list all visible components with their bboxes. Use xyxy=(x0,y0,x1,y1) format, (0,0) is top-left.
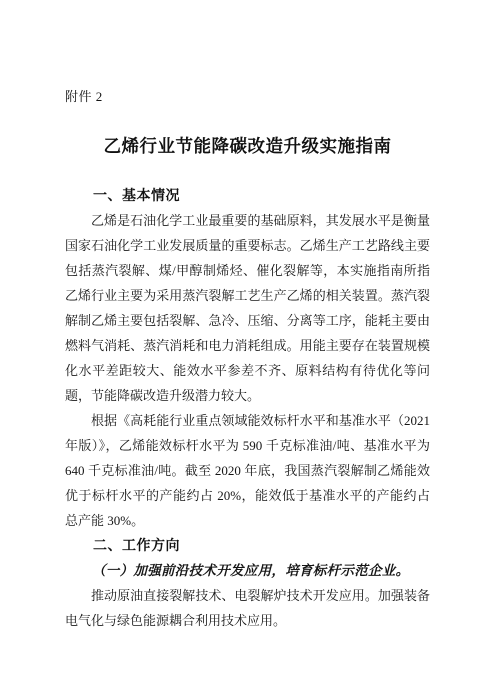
section-1-heading: 一、基本情况 xyxy=(65,183,430,208)
section-1-paragraph-2: 根据《高耗能行业重点领域能效标杆水平和基准水平（2021 年版）》，乙烯能效标杆… xyxy=(65,408,430,533)
section-1-paragraph-1: 乙烯是石油化学工业最重要的基础原料，其发展水平是衡量国家石油化学工业发展质量的重… xyxy=(65,208,430,408)
section-2-paragraph-1: 推动原油直接裂解技术、电裂解炉技术开发应用。加强装备电气化与绿色能源耦合利用技术… xyxy=(65,583,430,633)
section-2-heading: 二、工作方向 xyxy=(65,533,430,558)
attachment-label: 附件 2 xyxy=(65,84,430,110)
document-page: 附件 2 乙烯行业节能降碳改造升级实施指南 一、基本情况 乙烯是石油化学工业最重… xyxy=(0,0,495,700)
section-2-subheading-1: （一）加强前沿技术开发应用，培育标杆示范企业。 xyxy=(65,558,430,583)
document-title: 乙烯行业节能降碳改造升级实施指南 xyxy=(65,132,430,160)
